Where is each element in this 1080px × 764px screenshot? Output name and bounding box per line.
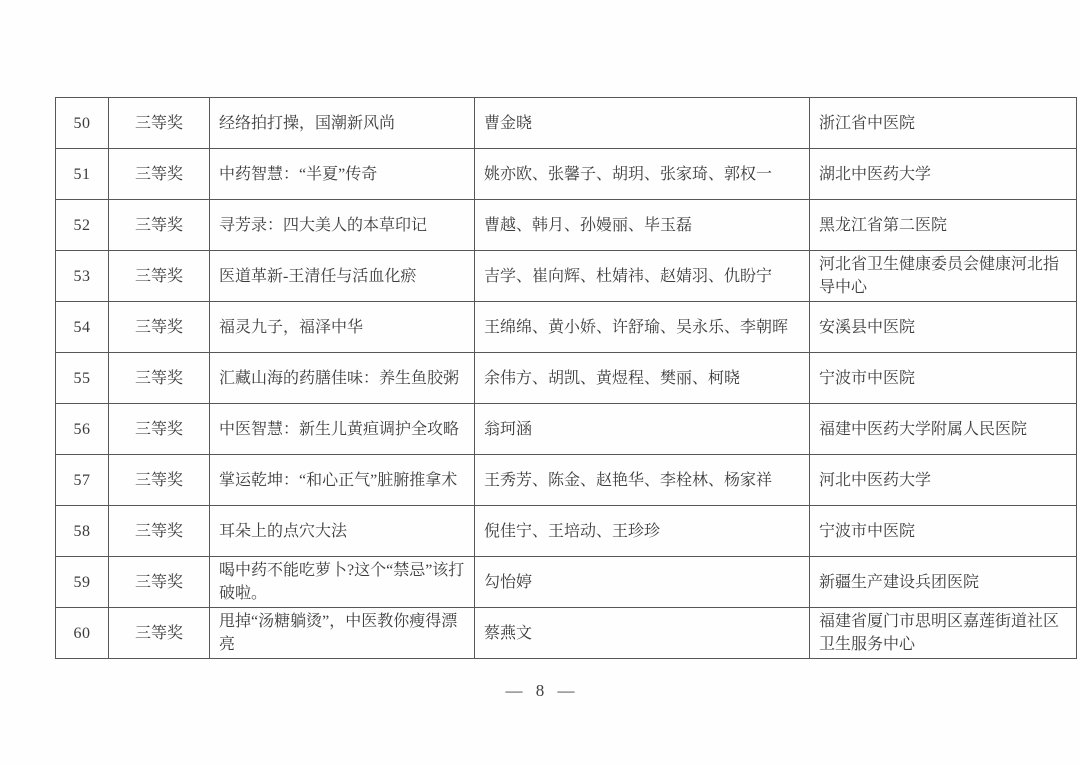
cell-award: 三等奖 bbox=[109, 608, 210, 659]
table-row: 55 三等奖 汇藏山海的药膳佳味：养生鱼胶粥 余伟方、胡凯、黄煜程、樊丽、柯晓 … bbox=[56, 353, 1077, 404]
cell-title: 寻芳录：四大美人的本草印记 bbox=[210, 200, 475, 251]
cell-award: 三等奖 bbox=[109, 455, 210, 506]
cell-title: 掌运乾坤：“和心正气”脏腑推拿术 bbox=[210, 455, 475, 506]
table-row: 53 三等奖 医道革新-王清任与活血化瘀 吉学、崔向辉、杜婧祎、赵婧羽、仇盼宁 … bbox=[56, 251, 1077, 302]
table-row: 51 三等奖 中药智慧：“半夏”传奇 姚亦欧、张馨子、胡玥、张家琦、郭权一 湖北… bbox=[56, 149, 1077, 200]
cell-authors: 余伟方、胡凯、黄煜程、樊丽、柯晓 bbox=[475, 353, 810, 404]
cell-authors: 曹越、韩月、孙嫚丽、毕玉磊 bbox=[475, 200, 810, 251]
cell-authors: 王秀芳、陈金、赵艳华、李栓林、杨家祥 bbox=[475, 455, 810, 506]
cell-organization: 福建中医药大学附属人民医院 bbox=[810, 404, 1077, 455]
cell-award: 三等奖 bbox=[109, 302, 210, 353]
cell-award: 三等奖 bbox=[109, 251, 210, 302]
cell-organization: 浙江省中医院 bbox=[810, 98, 1077, 149]
cell-number: 54 bbox=[56, 302, 109, 353]
cell-number: 53 bbox=[56, 251, 109, 302]
page-number: — 8 — bbox=[0, 681, 1080, 701]
cell-authors: 曹金晓 bbox=[475, 98, 810, 149]
cell-number: 58 bbox=[56, 506, 109, 557]
table-row: 52 三等奖 寻芳录：四大美人的本草印记 曹越、韩月、孙嫚丽、毕玉磊 黑龙江省第… bbox=[56, 200, 1077, 251]
cell-number: 56 bbox=[56, 404, 109, 455]
cell-number: 55 bbox=[56, 353, 109, 404]
cell-award: 三等奖 bbox=[109, 98, 210, 149]
cell-authors: 蔡燕文 bbox=[475, 608, 810, 659]
cell-authors: 王绵绵、黄小娇、许舒瑜、吴永乐、李朝晖 bbox=[475, 302, 810, 353]
cell-award: 三等奖 bbox=[109, 353, 210, 404]
table-row: 60 三等奖 甩掉“汤糖躺烫”，中医教你瘦得漂亮 蔡燕文 福建省厦门市思明区嘉莲… bbox=[56, 608, 1077, 659]
cell-title: 医道革新-王清任与活血化瘀 bbox=[210, 251, 475, 302]
cell-award: 三等奖 bbox=[109, 149, 210, 200]
table-row: 59 三等奖 喝中药不能吃萝卜?这个“禁忌”该打破啦。 勾怡婷 新疆生产建设兵团… bbox=[56, 557, 1077, 608]
cell-award: 三等奖 bbox=[109, 557, 210, 608]
cell-number: 50 bbox=[56, 98, 109, 149]
cell-number: 51 bbox=[56, 149, 109, 200]
cell-authors: 倪佳宁、王培动、王珍珍 bbox=[475, 506, 810, 557]
cell-organization: 湖北中医药大学 bbox=[810, 149, 1077, 200]
cell-title: 汇藏山海的药膳佳味：养生鱼胶粥 bbox=[210, 353, 475, 404]
cell-number: 60 bbox=[56, 608, 109, 659]
cell-title: 耳朵上的点穴大法 bbox=[210, 506, 475, 557]
cell-title: 中医智慧：新生儿黄疸调护全攻略 bbox=[210, 404, 475, 455]
cell-organization: 宁波市中医院 bbox=[810, 353, 1077, 404]
cell-organization: 河北省卫生健康委员会健康河北指导中心 bbox=[810, 251, 1077, 302]
cell-authors: 吉学、崔向辉、杜婧祎、赵婧羽、仇盼宁 bbox=[475, 251, 810, 302]
cell-title: 中药智慧：“半夏”传奇 bbox=[210, 149, 475, 200]
cell-authors: 勾怡婷 bbox=[475, 557, 810, 608]
cell-organization: 福建省厦门市思明区嘉莲街道社区卫生服务中心 bbox=[810, 608, 1077, 659]
table-row: 57 三等奖 掌运乾坤：“和心正气”脏腑推拿术 王秀芳、陈金、赵艳华、李栓林、杨… bbox=[56, 455, 1077, 506]
cell-number: 59 bbox=[56, 557, 109, 608]
cell-organization: 宁波市中医院 bbox=[810, 506, 1077, 557]
cell-organization: 黑龙江省第二医院 bbox=[810, 200, 1077, 251]
table-row: 58 三等奖 耳朵上的点穴大法 倪佳宁、王培动、王珍珍 宁波市中医院 bbox=[56, 506, 1077, 557]
cell-number: 57 bbox=[56, 455, 109, 506]
cell-title: 甩掉“汤糖躺烫”，中医教你瘦得漂亮 bbox=[210, 608, 475, 659]
cell-award: 三等奖 bbox=[109, 200, 210, 251]
cell-authors: 翁珂涵 bbox=[475, 404, 810, 455]
cell-organization: 安溪县中医院 bbox=[810, 302, 1077, 353]
cell-authors: 姚亦欧、张馨子、胡玥、张家琦、郭权一 bbox=[475, 149, 810, 200]
table-row: 50 三等奖 经络拍打操，国潮新风尚 曹金晓 浙江省中医院 bbox=[56, 98, 1077, 149]
cell-number: 52 bbox=[56, 200, 109, 251]
cell-title: 经络拍打操，国潮新风尚 bbox=[210, 98, 475, 149]
cell-award: 三等奖 bbox=[109, 404, 210, 455]
cell-organization: 河北中医药大学 bbox=[810, 455, 1077, 506]
cell-award: 三等奖 bbox=[109, 506, 210, 557]
cell-title: 福灵九子，福泽中华 bbox=[210, 302, 475, 353]
table-row: 56 三等奖 中医智慧：新生儿黄疸调护全攻略 翁珂涵 福建中医药大学附属人民医院 bbox=[56, 404, 1077, 455]
table-row: 54 三等奖 福灵九子，福泽中华 王绵绵、黄小娇、许舒瑜、吴永乐、李朝晖 安溪县… bbox=[56, 302, 1077, 353]
cell-title: 喝中药不能吃萝卜?这个“禁忌”该打破啦。 bbox=[210, 557, 475, 608]
cell-organization: 新疆生产建设兵团医院 bbox=[810, 557, 1077, 608]
awards-table: 50 三等奖 经络拍打操，国潮新风尚 曹金晓 浙江省中医院 51 三等奖 中药智… bbox=[55, 97, 1077, 659]
